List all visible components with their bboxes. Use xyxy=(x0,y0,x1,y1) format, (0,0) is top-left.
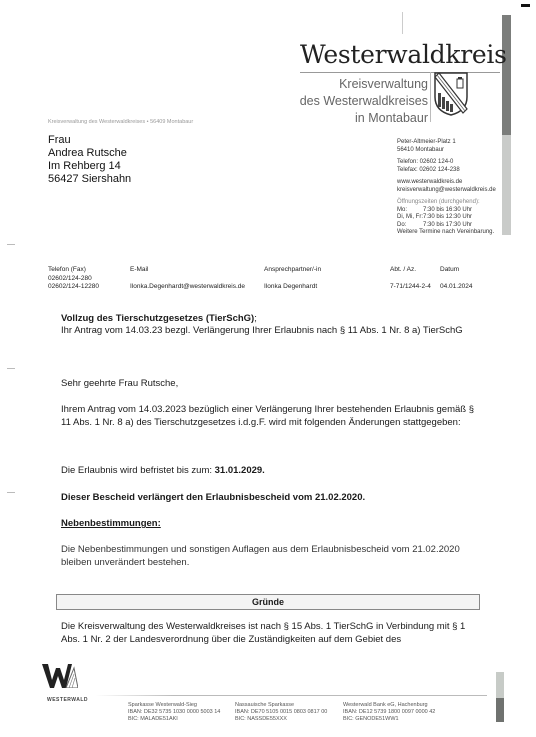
salutation: Sehr geehrte Frau Rutsche, xyxy=(61,378,178,389)
footer-bar-dark xyxy=(496,698,504,722)
reference-value: 7-71/1244-2-4 xyxy=(390,283,431,291)
letterhead-bar-dark xyxy=(502,15,511,135)
recipient-street: Im Rehberg 14 xyxy=(48,160,131,173)
date-value: 04.01.2024 xyxy=(440,283,473,291)
fax-value: 02602/124-12280 xyxy=(48,283,99,291)
side-paragraph: Die Nebenbestimmungen und sonstigen Aufl… xyxy=(61,544,481,569)
hours-day: Mo: xyxy=(397,207,423,215)
westerwald-logo-icon xyxy=(42,664,78,688)
subtitle-line: Kreisverwaltung xyxy=(280,76,428,93)
subtitle-line: des Westerwaldkreises xyxy=(280,93,428,110)
bank-info: Nassauische Sparkasse IBAN: DE70 5105 00… xyxy=(235,702,327,723)
email-value: Ilonka.Degenhardt@westerwaldkreis.de xyxy=(130,283,245,291)
hours-row: Di, Mi, Fr:7:30 bis 12:30 Uhr xyxy=(397,214,496,222)
contact-person-label: Ansprechpartner/-in xyxy=(264,266,321,274)
bank-name: Nassauische Sparkasse xyxy=(235,702,327,709)
reference-table: Telefon (Fax) 02602/124-280 02602/124-12… xyxy=(48,266,488,296)
contact-street: Peter-Altmeier-Platz 1 xyxy=(397,139,496,147)
contact-email: kreisverwaltung@westerwaldkreis.de xyxy=(397,187,496,195)
sender-return-line: Kreisverwaltung des Westerwaldkreises • … xyxy=(48,119,193,125)
bank-name: Sparkasse Westerwald-Sieg xyxy=(128,702,220,709)
hours-day: Di, Mi, Fr: xyxy=(397,214,423,222)
bank-info: Westerwald Bank eG, Hachenburg IBAN: DE1… xyxy=(343,702,435,723)
footer-divider xyxy=(95,695,487,696)
bank-iban: IBAN: DE32 5735 1030 0000 5003 14 xyxy=(128,709,220,716)
brand-separator xyxy=(430,72,431,122)
contact-fax: Telefax: 02602 124-238 xyxy=(397,167,496,175)
hours-time: 7:30 bis 12:30 Uhr xyxy=(423,214,472,222)
bank-bic: BIC: GENODE51WW1 xyxy=(343,716,435,723)
bank-bic: BIC: NASSDE55XXX xyxy=(235,716,327,723)
footer-bar-light xyxy=(496,672,504,698)
limit-text: Die Erlaubnis wird befristet bis zum: xyxy=(61,465,215,476)
hours-row: Mo:7:30 bis 16:30 Uhr xyxy=(397,207,496,215)
reasons-heading: Gründe xyxy=(56,594,480,610)
subtitle-line: in Montabaur xyxy=(280,110,428,127)
margin-mark xyxy=(7,244,15,245)
contact-website: www.westerwaldkreis.de xyxy=(397,179,496,187)
coat-of-arms-icon xyxy=(433,71,469,117)
date-label: Datum xyxy=(440,266,459,274)
footer-logo-text: WESTERWALD xyxy=(47,697,88,703)
recipient-line: Frau xyxy=(48,134,131,147)
margin-mark xyxy=(7,492,15,493)
hours-time: 7:30 bis 17:30 Uhr xyxy=(423,222,472,230)
bank-name: Westerwald Bank eG, Hachenburg xyxy=(343,702,435,709)
contact-city: 56410 Montabaur xyxy=(397,147,496,155)
reasons-paragraph: Die Kreisverwaltung des Westerwaldkreise… xyxy=(61,621,481,646)
email-label: E-Mail xyxy=(130,266,148,274)
margin-mark xyxy=(7,368,15,369)
side-heading: Nebenbestimmungen: xyxy=(61,518,161,531)
bank-info: Sparkasse Westerwald-Sieg IBAN: DE32 573… xyxy=(128,702,220,723)
recipient-name: Andrea Rutsche xyxy=(48,147,131,160)
subject-text: Ihr Antrag vom 14.03.23 bezgl. Verlänger… xyxy=(61,325,481,337)
letterhead-bar-light xyxy=(502,135,511,235)
limit-line: Die Erlaubnis wird befristet bis zum: 31… xyxy=(61,465,265,478)
contact-block: Peter-Altmeier-Platz 1 56410 Montabaur T… xyxy=(397,139,496,237)
extension-line: Dieser Bescheid verlängert den Erlaubnis… xyxy=(61,492,365,505)
limit-date: 31.01.2029. xyxy=(215,465,265,476)
bank-iban: IBAN: DE12 5739 1800 0097 0000 42 xyxy=(343,709,435,716)
bank-iban: IBAN: DE70 5105 0015 0803 0817 00 xyxy=(235,709,327,716)
reference-label: Abt. / Az. xyxy=(390,266,416,274)
hours-note: Weitere Termine nach Vereinbarung. xyxy=(397,229,496,237)
hours-row: Do:7:30 bis 17:30 Uhr xyxy=(397,222,496,230)
phone-value: 02602/124-280 xyxy=(48,275,92,283)
brand-rule xyxy=(300,72,500,73)
hours-day: Do: xyxy=(397,222,423,230)
brand-title: Westerwaldkreis xyxy=(300,40,507,69)
fold-mark xyxy=(402,12,403,34)
contact-person-value: Ilonka Degenhardt xyxy=(264,283,317,291)
brand-subtitle: Kreisverwaltung des Westerwaldkreises in… xyxy=(280,76,428,127)
subject: Vollzug des Tierschutzgesetzes (TierSchG… xyxy=(61,313,481,337)
recipient-city: 56427 Siershahn xyxy=(48,173,131,186)
contact-phone: Telefon: 02602 124-0 xyxy=(397,159,496,167)
hours-title: Öffnungszeiten (durchgehend): xyxy=(397,199,496,207)
scan-mark xyxy=(521,4,530,7)
subject-punct: ; xyxy=(254,313,257,324)
subject-title: Vollzug des Tierschutzgesetzes (TierSchG… xyxy=(61,313,254,324)
phone-label: Telefon (Fax) xyxy=(48,266,86,274)
intro-paragraph: Ihrem Antrag vom 14.03.2023 bezüglich ei… xyxy=(61,404,481,429)
hours-time: 7:30 bis 16:30 Uhr xyxy=(423,207,472,215)
recipient-address: Frau Andrea Rutsche Im Rehberg 14 56427 … xyxy=(48,134,131,186)
bank-bic: BIC: MALADE51AKI xyxy=(128,716,220,723)
